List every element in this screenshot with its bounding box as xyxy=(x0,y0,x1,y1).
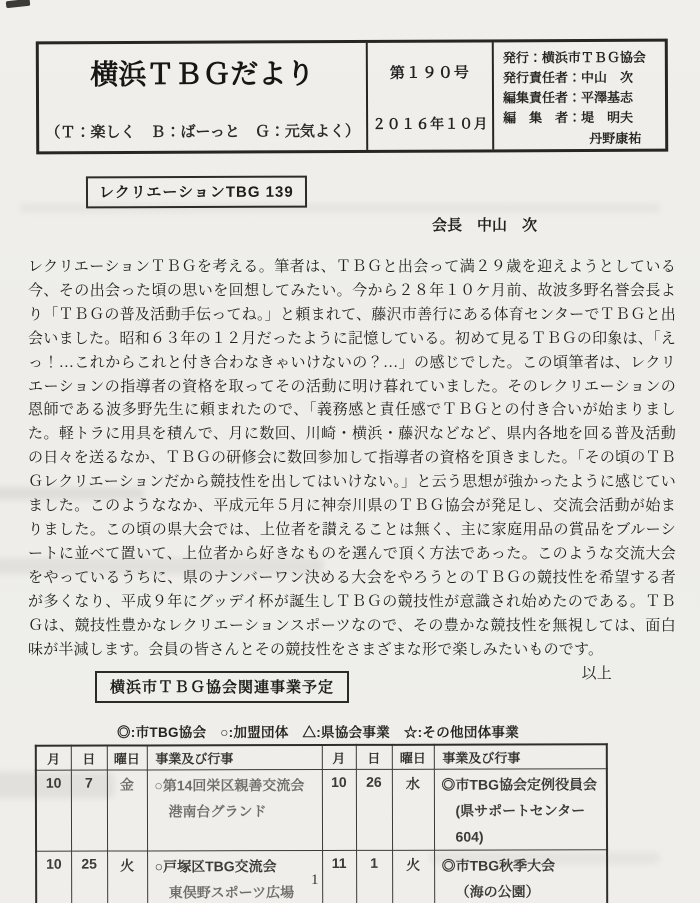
masthead-issue-cell: 第１９０号 ２０１６年１０月 xyxy=(366,42,492,150)
event-name: ◎市TBG協会定例役員会 xyxy=(441,771,606,797)
schedule-table: 月 日 曜日 事業及び行事 月 日 曜日 事業及び行事 10 7 金 ○第14回… xyxy=(35,743,608,903)
masthead-box: 横浜ＴＢＧだより （Ｔ：楽しく Ｂ：ばーっと Ｇ：元気よく） 第１９０号 ２０１… xyxy=(36,39,668,155)
col-header-month: 月 xyxy=(322,745,356,769)
newsletter-subtitle: （Ｔ：楽しく Ｂ：ばーっと Ｇ：元気よく） xyxy=(45,120,359,142)
publisher-line: 編 集 者：堤 明夫 xyxy=(503,108,661,129)
scan-artifact-speck xyxy=(6,0,31,8)
col-header-day: 日 xyxy=(71,746,107,770)
table-row: 10 25 火 ○戸塚区TBG交流会 東俣野スポーツ広場 11 1 火 ◎市TB… xyxy=(36,849,607,903)
cell-month: 10 xyxy=(36,851,71,903)
cell-event: ○戸塚区TBG交流会 東俣野スポーツ広場 xyxy=(147,850,322,903)
publisher-line: 丹野康祐 xyxy=(503,128,661,149)
cell-event: ○第14回栄区親善交流会 港南台グランド xyxy=(147,769,322,850)
col-header-month: 月 xyxy=(36,746,71,770)
publisher-line: 編集責任者：平澤基志 xyxy=(503,88,661,109)
col-header-weekday: 曜日 xyxy=(107,745,147,769)
cell-event: ◎市TBG協会定例役員会 (県サポートセンター604) xyxy=(434,768,607,849)
cell-day: 25 xyxy=(71,851,107,903)
event-venue: （海の公園） xyxy=(442,878,607,903)
issue-date: ２０１６年１０月 xyxy=(372,113,488,134)
cell-month: 10 xyxy=(36,770,71,851)
cell-day: 26 xyxy=(356,769,392,850)
event-venue: 港南台グランド xyxy=(154,798,321,824)
col-header-event: 事業及び行事 xyxy=(434,744,607,768)
newsletter-title: 横浜ＴＢＧだより xyxy=(90,52,314,93)
event-name: ○戸塚区TBG交流会 xyxy=(155,852,322,878)
article-author: 会長 中山 次 xyxy=(432,214,537,235)
event-name: ○第14回栄区親善交流会 xyxy=(154,772,321,798)
page-number: 1 xyxy=(311,872,319,889)
newsletter-page: 横浜ＴＢＧだより （Ｔ：楽しく Ｂ：ばーっと Ｇ：元気よく） 第１９０号 ２０１… xyxy=(0,0,700,903)
event-venue: 東俣野スポーツ広場 xyxy=(155,878,322,903)
cell-day: 7 xyxy=(71,770,107,851)
publisher-line: 発行責任者：中山 次 xyxy=(503,68,661,89)
cell-month: 10 xyxy=(322,769,356,850)
table-header-row: 月 日 曜日 事業及び行事 月 日 曜日 事業及び行事 xyxy=(36,744,607,769)
col-header-weekday: 曜日 xyxy=(392,745,434,769)
masthead-publisher-cell: 発行：横浜市ＴＢＧ協会 発行責任者：中山 次 編集責任者：平澤基志 編 集 者：… xyxy=(492,42,665,150)
cell-weekday: 金 xyxy=(107,769,147,850)
cell-weekday: 火 xyxy=(392,850,434,903)
article-body-text: レクリエーションＴＢＧを考える。筆者は、ＴＢＧと出会って満２９歳を迎えようとして… xyxy=(28,259,676,658)
article-section-title: レクリエーションTBG 139 xyxy=(86,176,307,209)
cell-weekday: 水 xyxy=(392,769,434,850)
article-body: レクリエーションＴＢＧを考える。筆者は、ＴＢＧと出会って満２９歳を迎えようとして… xyxy=(28,256,676,687)
event-name: ◎市TBG秋季大会 xyxy=(442,852,607,878)
issue-number: 第１９０号 xyxy=(390,61,470,82)
col-header-event: 事業及び行事 xyxy=(147,745,322,769)
schedule-legend: ◎:市TBG協会 ○:加盟団体 △:県協会事業 ☆:その他団体事業 xyxy=(117,721,519,741)
event-venue: (県サポートセンター604) xyxy=(441,797,606,849)
masthead-title-cell: 横浜ＴＢＧだより （Ｔ：楽しく Ｂ：ばーっと Ｇ：元気よく） xyxy=(39,43,366,151)
cell-day: 1 xyxy=(356,850,392,903)
publisher-line: 発行：横浜市ＴＢＧ協会 xyxy=(503,48,661,69)
cell-weekday: 火 xyxy=(107,850,147,903)
table-row: 10 7 金 ○第14回栄区親善交流会 港南台グランド 10 26 水 ◎市TB… xyxy=(36,768,607,850)
cell-event: ◎市TBG秋季大会 （海の公園） xyxy=(434,849,607,903)
col-header-day: 日 xyxy=(356,745,392,769)
schedule-section-title: 横浜市ＴＢＧ協会関連事業予定 xyxy=(95,671,349,703)
cell-month: 11 xyxy=(322,850,356,903)
